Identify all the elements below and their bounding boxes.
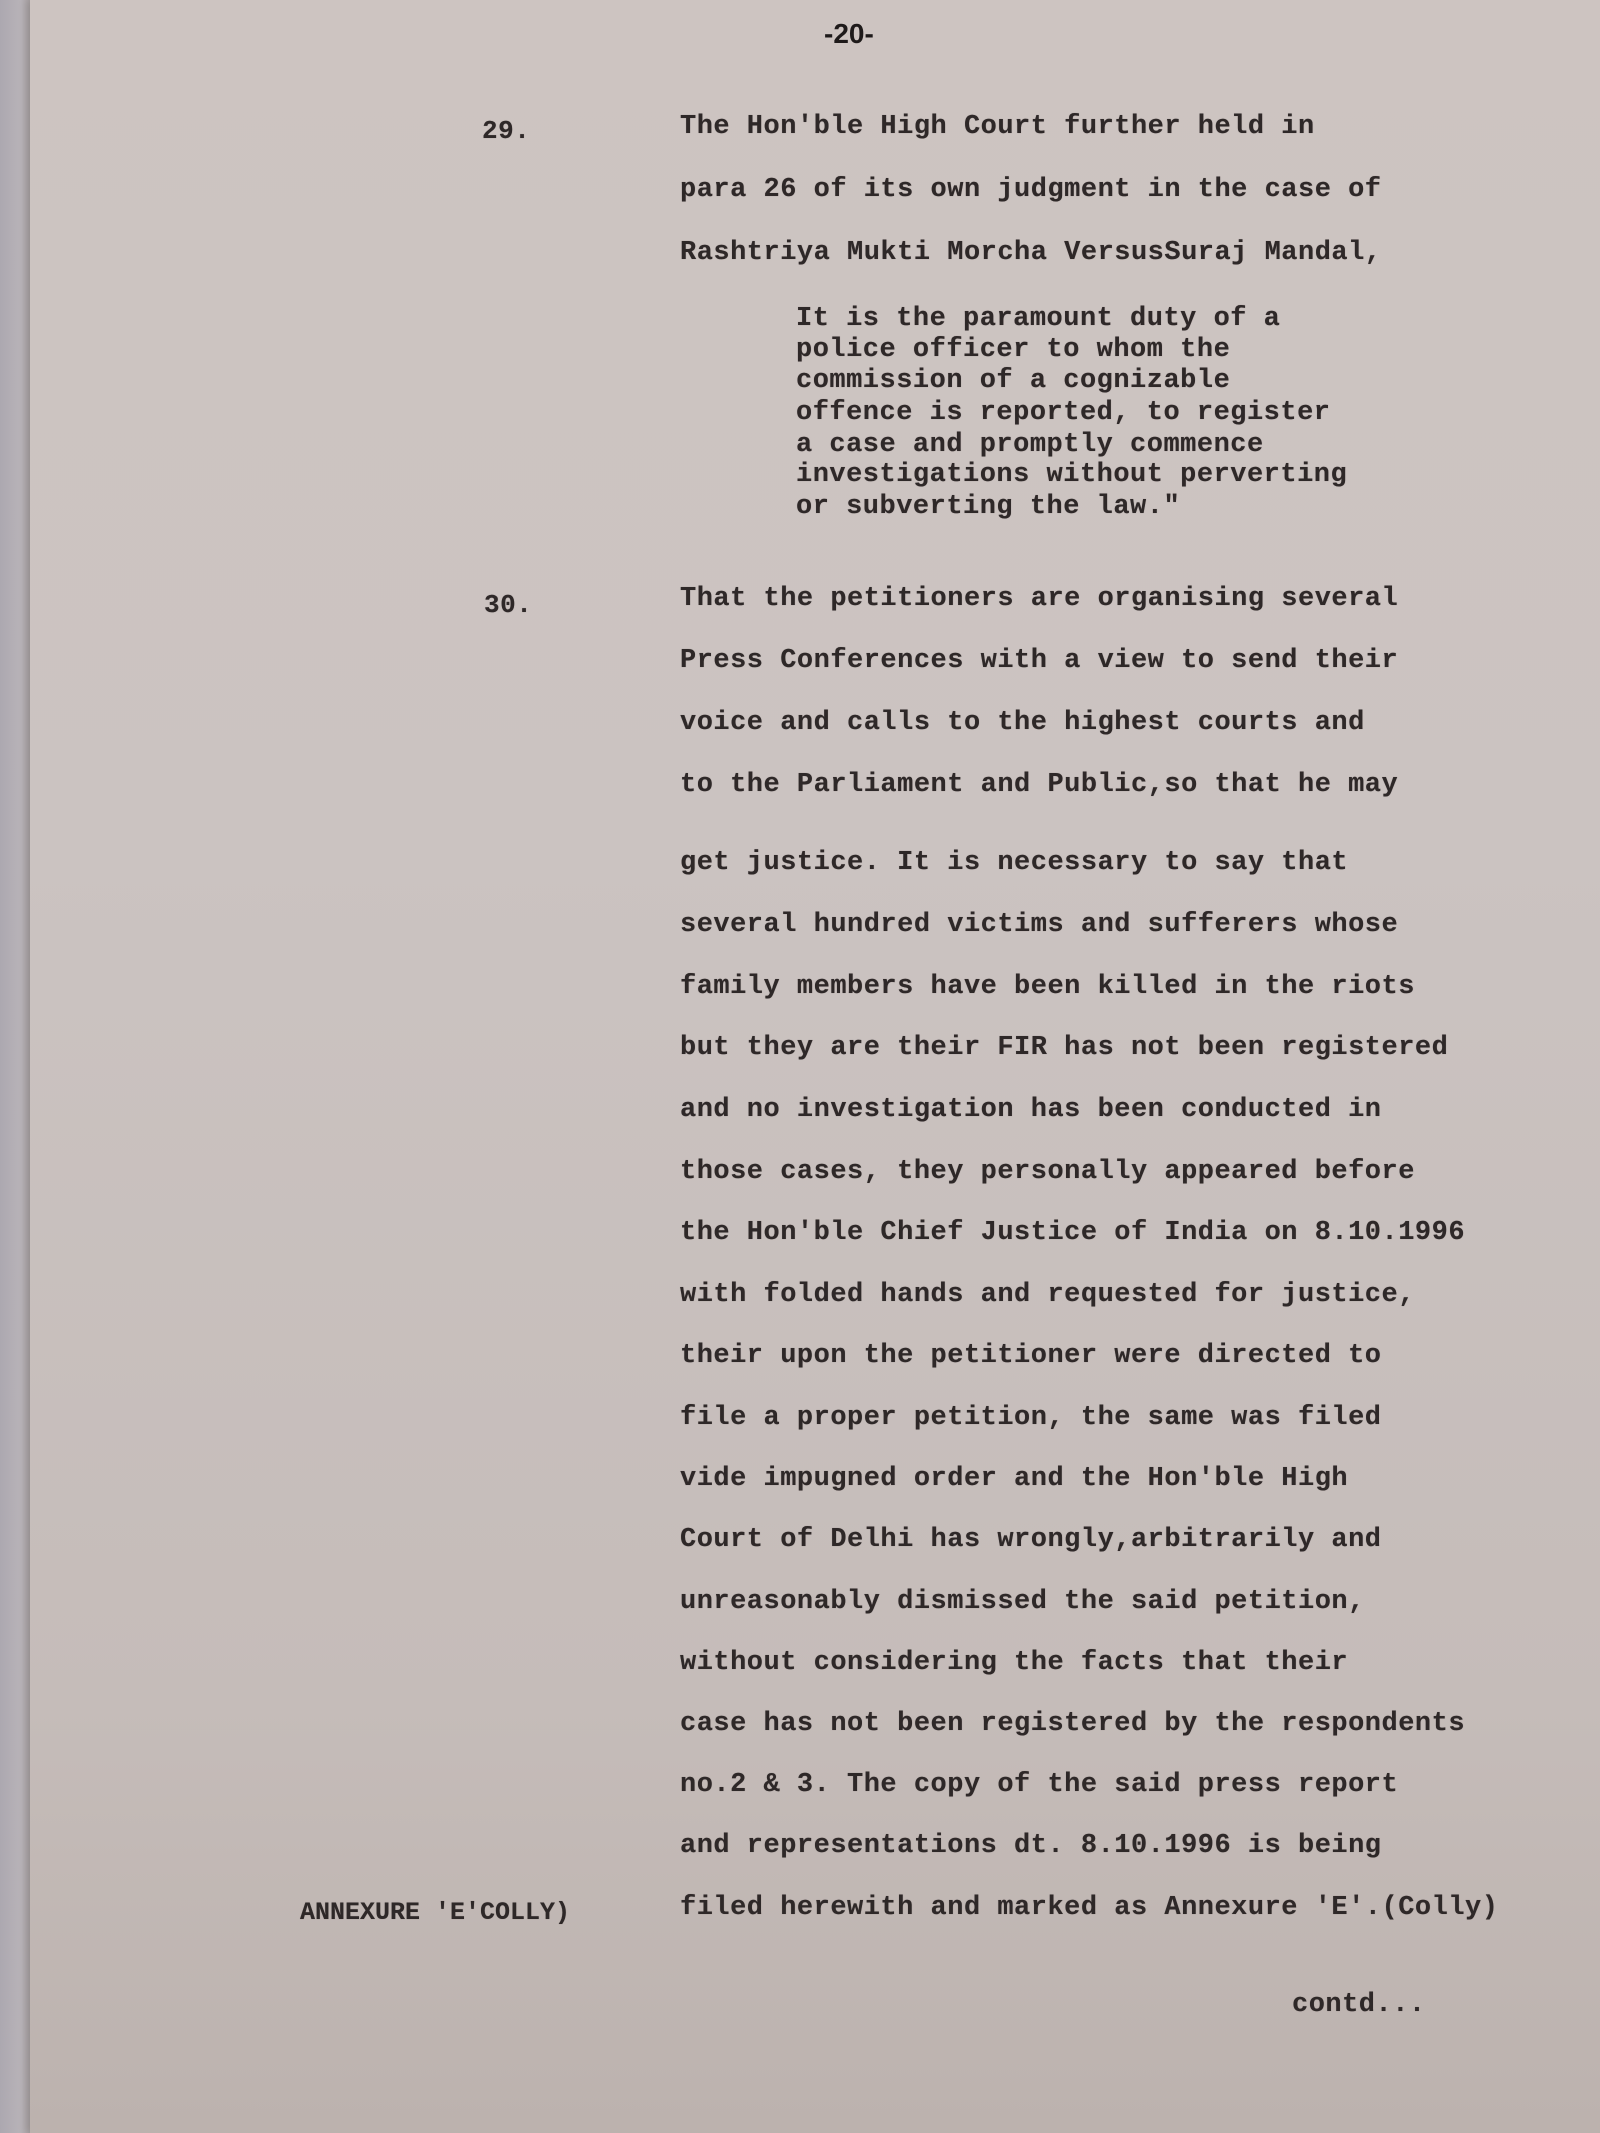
quote-line: It is the paramount duty of a [796, 306, 1280, 333]
quote-line: or subverting the law." [796, 494, 1180, 521]
quote-line: investigations without perverting [796, 462, 1347, 489]
para30-line: with folded hands and requested for just… [680, 1280, 1415, 1310]
para29-line-2: para 26 of its own judgment in the case … [680, 175, 1382, 205]
para30-line: file a proper petition, the same was fil… [680, 1403, 1382, 1433]
paragraph-number-29: 29. [482, 116, 530, 146]
paragraph-number-30: 30. [484, 590, 532, 620]
quote-line: a case and promptly commence [796, 432, 1264, 459]
para30-line: filed herewith and marked as Annexure 'E… [680, 1893, 1498, 1923]
scanner-edge [0, 0, 30, 2133]
para30-line: no.2 & 3. The copy of the said press rep… [680, 1770, 1398, 1800]
quote-line: police officer to whom the [796, 337, 1230, 364]
para30-line: That the petitioners are organising seve… [680, 584, 1398, 614]
para30-line: Court of Delhi has wrongly,arbitrarily a… [680, 1525, 1382, 1555]
para30-line: several hundred victims and sufferers wh… [680, 910, 1398, 940]
para30-line: unreasonably dismissed the said petition… [680, 1587, 1365, 1617]
continued-marker: contd... [1292, 1990, 1426, 2020]
para30-line: vide impugned order and the Hon'ble High [680, 1464, 1348, 1494]
para30-line: their upon the petitioner were directed … [680, 1341, 1382, 1371]
quote-line: offence is reported, to register [796, 400, 1330, 427]
para30-line: get justice. It is necessary to say that [680, 848, 1348, 878]
quote-line: commission of a cognizable [796, 368, 1230, 395]
para30-line: to the Parliament and Public,so that he … [680, 770, 1398, 800]
para29-line-3: Rashtriya Mukti Morcha VersusSuraj Manda… [680, 238, 1382, 268]
para30-line: family members have been killed in the r… [680, 972, 1415, 1002]
document-page: -20- 29. The Hon'ble High Court further … [30, 0, 1600, 2133]
para29-line-1: The Hon'ble High Court further held in [680, 112, 1315, 142]
annexure-margin-note: ANNEXURE 'E'COLLY) [300, 1898, 570, 1927]
para30-line: those cases, they personally appeared be… [680, 1157, 1415, 1187]
para30-line: case has not been registered by the resp… [680, 1709, 1465, 1739]
para30-line: and representations dt. 8.10.1996 is bei… [680, 1831, 1382, 1861]
para30-line: and no investigation has been conducted … [680, 1095, 1382, 1125]
para30-line: but they are their FIR has not been regi… [680, 1033, 1448, 1063]
page-number: -20- [824, 18, 874, 50]
para30-line: voice and calls to the highest courts an… [680, 708, 1365, 738]
para30-line: without considering the facts that their [680, 1648, 1348, 1678]
para30-line: the Hon'ble Chief Justice of India on 8.… [680, 1218, 1465, 1248]
para30-line: Press Conferences with a view to send th… [680, 646, 1398, 676]
